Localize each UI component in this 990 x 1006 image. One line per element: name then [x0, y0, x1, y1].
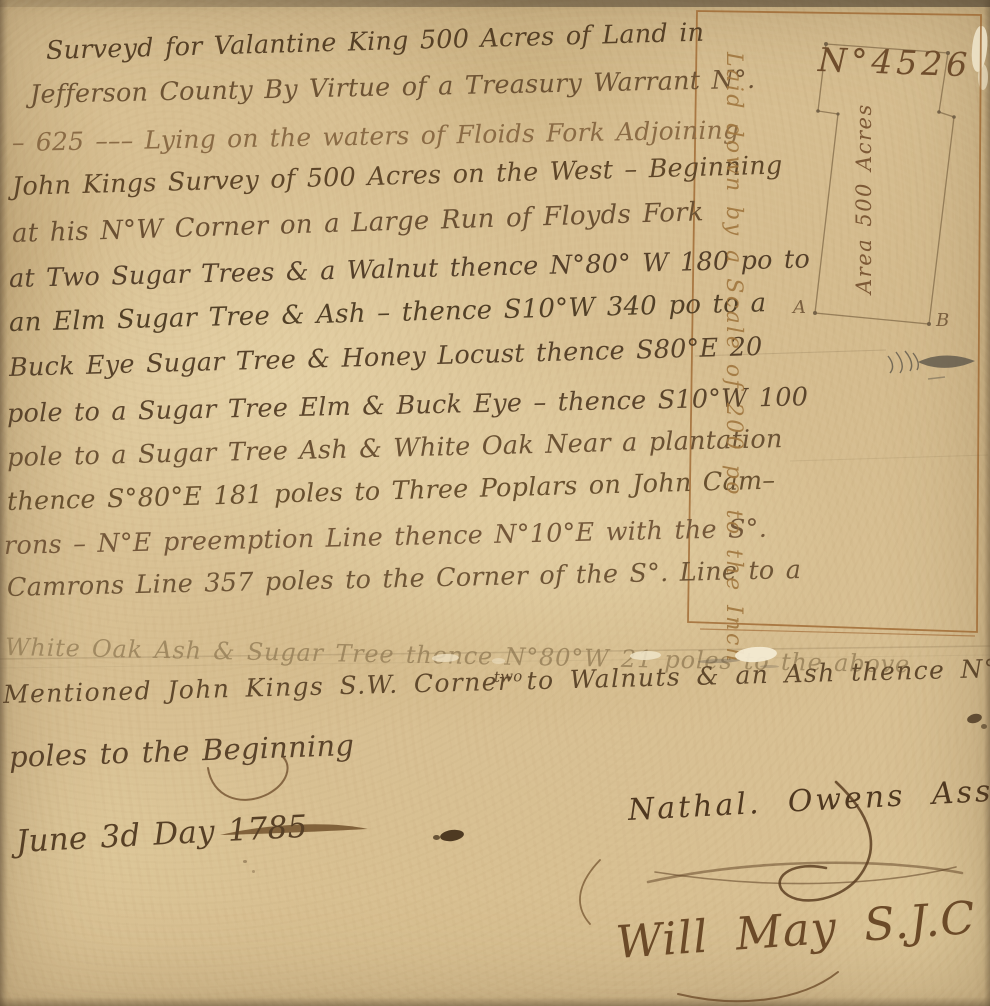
plat-corner-label-a: A [793, 297, 806, 318]
manuscript-line: at his N°W Corner on a Large Run of Floy… [12, 197, 705, 249]
plat-area-label: Area 500 Acres [852, 124, 876, 294]
plat-tract-outline [815, 44, 954, 324]
manuscript-line: John Kings Survey of 500 Acres on the We… [12, 150, 783, 202]
surveyor-signature: Will May S.J.C [614, 891, 977, 969]
plat-survey-number: N°4526 [817, 40, 972, 84]
ink-blot [966, 712, 983, 724]
manuscript-line: thence S°80°E 181 poles to Three Poplars… [7, 466, 776, 517]
paper-damage-spot [492, 658, 505, 664]
manuscript-line: rons – N°E preemption Line thence N°10°E… [4, 514, 768, 561]
compass-arrow-icon [888, 351, 975, 379]
manuscript-line: – 625 ––– Lying on the waters of Floids … [12, 115, 740, 157]
ink-blot [433, 835, 440, 840]
ink-blot [981, 724, 987, 729]
manuscript-line: pole to a Sugar Tree Ash & White Oak Nea… [7, 424, 783, 473]
manuscript-line: pole to a Sugar Tree Elm & Buck Eye – th… [7, 382, 809, 429]
ink-blot [439, 828, 464, 842]
ink-speck [243, 860, 247, 863]
manuscript-line: poles to the Beginning [8, 728, 354, 774]
manuscript-line: an Elm Sugar Tree & Ash – thence S10°W 3… [9, 288, 767, 338]
manuscript-line: Surveyd for Valantine King 500 Acres of … [46, 18, 705, 66]
paper-edge-bottom [0, 997, 990, 1006]
manuscript-line: Jefferson County By Virtue of a Treasury… [30, 65, 756, 110]
ink-speck [252, 870, 255, 873]
paper-damage-shadow [760, 665, 779, 668]
manuscript-line: Buck Eye Sugar Tree & Honey Locust thenc… [9, 332, 763, 383]
plat-corner-dots [813, 42, 956, 326]
plat-scale-note: Laid down by a Scale of 200 po to the In… [721, 52, 746, 617]
inserted-word-two: two [494, 667, 523, 686]
manuscript-line: at Two Sugar Trees & a Walnut thence N°8… [9, 244, 811, 294]
assistant-signature: Nathal. Owens Asst. [627, 772, 990, 828]
date-line: June 3d Day 1785 [15, 809, 308, 860]
plat-corner-label-b: B [936, 310, 949, 331]
paper-edge-right [984, 0, 990, 1006]
paper-tear-chip [978, 64, 988, 90]
manuscript-line: Camrons Line 357 poles to the Corner of … [7, 555, 802, 603]
survey-document-page: Surveyd for Valantine King 500 Acres of … [0, 0, 990, 1006]
paper-edge-top [0, 0, 990, 7]
